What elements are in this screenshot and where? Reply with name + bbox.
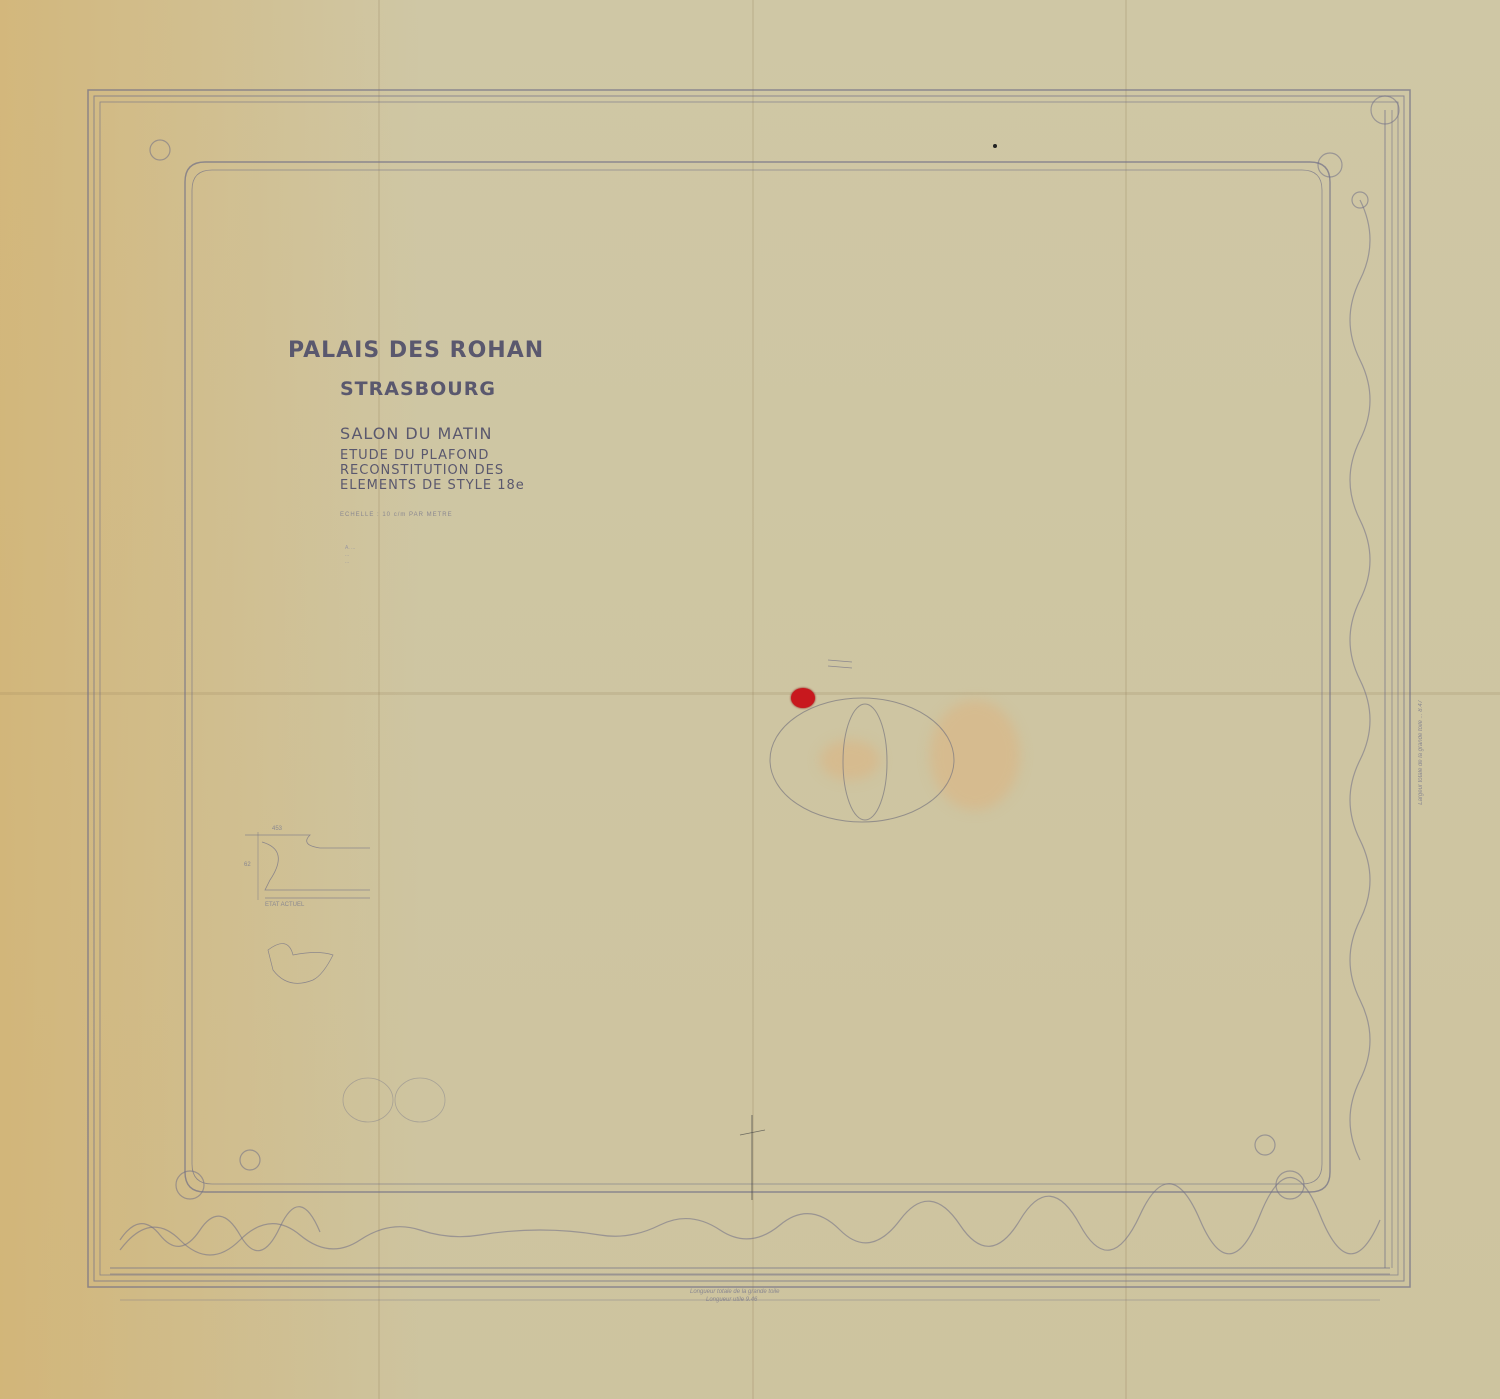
- bottom-note: Longueur totale de la grande toile Longu…: [690, 1288, 779, 1304]
- title: PALAIS DES ROHAN: [288, 338, 588, 363]
- red-wax-seal: [791, 688, 815, 708]
- drawing-sheet: PALAIS DES ROHAN STRASBOURG SALON DU MAT…: [0, 0, 1500, 1399]
- city: STRASBOURG: [340, 378, 540, 400]
- profile-height-dimension: 62: [244, 862, 251, 868]
- bottom-note-line: Longueur totale de la grande toile: [690, 1288, 779, 1296]
- subtitle-line: ELEMENTS DE STYLE 18e: [340, 478, 560, 493]
- author-block: A. ... ... ...: [345, 545, 355, 566]
- profile-width-dimension: 453: [272, 826, 282, 832]
- bottom-note-line: Longueur utile 9.46: [690, 1296, 779, 1304]
- author-line: ...: [345, 559, 355, 566]
- profile-label: ETAT ACTUEL: [265, 902, 304, 908]
- ceiling-plan-drawing: [0, 0, 1500, 1399]
- author-line: A. ...: [345, 545, 355, 552]
- subtitle-line: RECONSTITUTION DES: [340, 463, 560, 478]
- room-name: SALON DU MATIN: [340, 424, 540, 443]
- side-note: Largeur totale de la grande toile ... 8.…: [1418, 700, 1424, 805]
- subtitle: ETUDE DU PLAFOND RECONSTITUTION DES ELEM…: [340, 448, 560, 493]
- subtitle-line: ETUDE DU PLAFOND: [340, 448, 560, 463]
- scale-note: ECHELLE : 10 c/m PAR METRE: [340, 512, 453, 518]
- author-line: ...: [345, 552, 355, 559]
